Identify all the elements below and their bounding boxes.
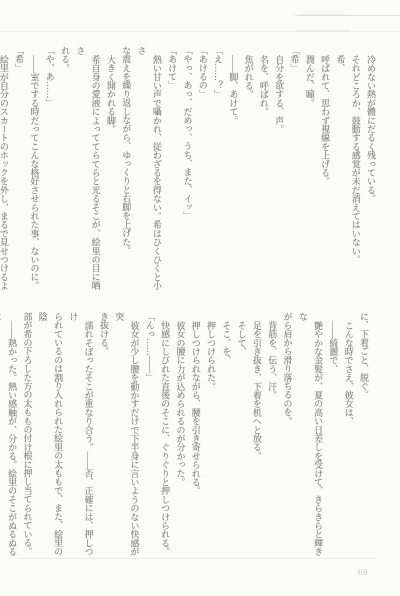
text-column: 彼女の腰に力が込められるのが分かった。	[172, 312, 187, 564]
text-column: 名を、呼ばれ。	[256, 46, 271, 298]
text-column: 「希」	[286, 46, 301, 298]
text-column: 彼女が少し腰を動かすだけで下半身に言いようのない快感が突	[111, 312, 142, 564]
text-block-upper: 冷めない熱が體にだるく残っている。それどころか、鼓動する感覚が未だ消えてはいない…	[26, 46, 378, 298]
text-column: 「や、あ……」	[41, 46, 56, 298]
text-column: な震えを繰り返しながら、ゆっくりと右脚を上げた。	[118, 46, 133, 298]
page-number: 69	[358, 567, 369, 577]
text-column: 押しつけられた。	[203, 312, 218, 564]
text-column: 絵里が自分のスカートのホックを外し、まるで見せつけるよう	[0, 46, 11, 298]
text-column: られているのは割り入れられた絵里の太ももで、また、絵里の陰	[34, 312, 65, 564]
text-column: ――熱かった。熱い感触が、分かる。絵里のそこがぬるぬるに	[0, 312, 19, 564]
text-column: 背筋を、伝う、汗。	[264, 312, 279, 564]
text-column: 潤んだ、瞳。	[302, 46, 317, 298]
text-column: ――綺麗で、	[325, 312, 340, 564]
text-column: 「あけて」	[164, 46, 179, 298]
text-column: 焦がれる。	[240, 46, 255, 298]
text-column: き抜ける。	[96, 312, 111, 564]
text-column: それどころか、鼓動する感覚が未だ消えてはいない。	[347, 46, 362, 298]
text-column: ――室でする時だってこんな格好させられた事、ないのに。	[26, 46, 41, 298]
text-column: 熱い甘い声で囁かれ、従わざるを得ない。希はひくひくと小さ	[133, 46, 164, 298]
book-page: 冷めない熱が體にだるく残っている。それどころか、鼓動する感覚が未だ消えてはいない…	[0, 0, 400, 596]
text-column: こんな時でさえ、彼女は、	[340, 312, 355, 564]
text-column: ――脚、あけて。	[225, 46, 240, 298]
header-smudge-artifact	[300, 14, 345, 16]
text-column: 足を引き抜き、下着を机へと放る。	[249, 312, 264, 564]
text-column: 「あけるの」	[194, 46, 209, 298]
text-column: に、下着ごと、脱ぐ。	[356, 312, 371, 564]
text-column: 「え……？」	[210, 46, 225, 298]
header-rule-full-artifact	[0, 31, 400, 32]
text-column: そして、	[233, 312, 248, 564]
text-column: 快感にしびれた直後のそこに、ぐりぐりと押しつけられる。	[157, 312, 172, 564]
text-column: れる。	[57, 46, 72, 298]
header-smudge-artifact-2	[295, 30, 350, 32]
text-column: 冷めない熱が體にだるく残っている。	[363, 46, 378, 298]
text-column: 自分を欲する、声。	[271, 46, 286, 298]
text-column: 艶やかな金髪が、夏の高い日差しを受けて、きらきらと輝きな	[295, 312, 326, 564]
text-block-lower: に、下着ごと、脱ぐ。こんな時でさえ、彼女は、――綺麗で、艶やかな金髪が、夏の高い…	[19, 312, 371, 564]
text-column: 「んっ……――」	[142, 312, 157, 564]
text-column: 大きく開かれる脚。	[103, 46, 118, 298]
text-column: 濡れそぼったそこが重なり合う。――否、正確には、押しつけ	[65, 312, 96, 564]
text-column: 希自身の愛液によっててらてらと光るそこが、絵里の目に晒さ	[72, 46, 103, 298]
text-column: そこ、を、	[218, 312, 233, 564]
header-rule-artifact	[295, 15, 400, 16]
text-column: 押しつけられながら、腰を引き寄せられる。	[187, 312, 202, 564]
text-column: がら肩から滑り落ちるのを。	[279, 312, 294, 564]
text-column: 「やっ、あっ、だめっ、うち、また、イッ」	[179, 46, 194, 298]
text-column: 部が希の下ろした方の太ももの付け根に押し当てられている。	[19, 312, 34, 564]
text-column: 呼ばれて、思わず視線を上げる。	[317, 46, 332, 298]
text-column: 希、	[332, 46, 347, 298]
text-column: 「希」	[11, 46, 26, 298]
